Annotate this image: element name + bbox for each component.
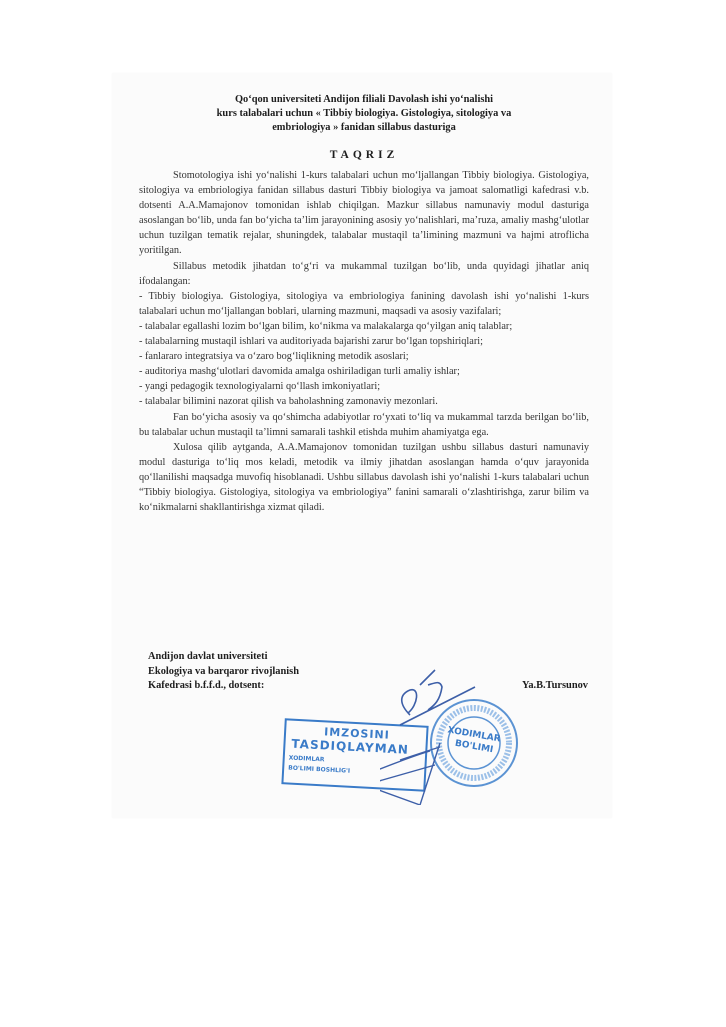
list-item: - talabalar egallashi lozim bo‘lgan bili…: [139, 319, 589, 334]
handwritten-signature-icon: [380, 665, 530, 805]
document-body: Qo‘qon universiteti Andijon filiali Davo…: [139, 93, 589, 515]
paragraph-2: Sillabus metodik jihatdan to‘g‘ri va muk…: [139, 259, 589, 289]
document-heading: TAQRIZ: [139, 149, 589, 161]
review-text: Stomotologiya ishi yo‘nalishi 1-kurs tal…: [139, 168, 589, 515]
signer-affiliation-line-1: Andijon davlat universiteti: [148, 650, 588, 665]
list-item: - talabalarning mustaqil ishlari va audi…: [139, 334, 589, 349]
document-title-line-1: Qo‘qon universiteti Andijon filiali Davo…: [139, 93, 589, 107]
list-item: - Tibbiy biologiya. Gistologiya, sitolog…: [139, 289, 589, 319]
signer-name: Ya.B.Tursunov: [522, 679, 588, 694]
list-item: - yangi pedagogik texnologiyalarni qo‘ll…: [139, 379, 589, 394]
paragraph-conclusion: Xulosa qilib aytganda, A.A.Mamajonov tom…: [139, 440, 589, 515]
approval-stamp-line-4: BO'LIMI BOSHLIG'I: [288, 765, 350, 775]
document-title-line-3: embriologiya » fanidan sillabus dasturig…: [139, 121, 589, 135]
paragraph-3: Fan bo‘yicha asosiy va qo‘shimcha adabiy…: [139, 410, 589, 440]
list-item: - talabalar bilimini nazorat qilish va b…: [139, 394, 589, 409]
approval-stamp-line-3: XODIMLAR: [289, 755, 325, 764]
list-item: - fanlararo integratsiya va o‘zaro bog‘l…: [139, 349, 589, 364]
document-title-line-2: kurs talabalari uchun « Tibbiy biologiya…: [139, 107, 589, 121]
list-item: - auditoriya mashg‘ulotlari davomida ama…: [139, 364, 589, 379]
paragraph-1: Stomotologiya ishi yo‘nalishi 1-kurs tal…: [139, 168, 589, 259]
